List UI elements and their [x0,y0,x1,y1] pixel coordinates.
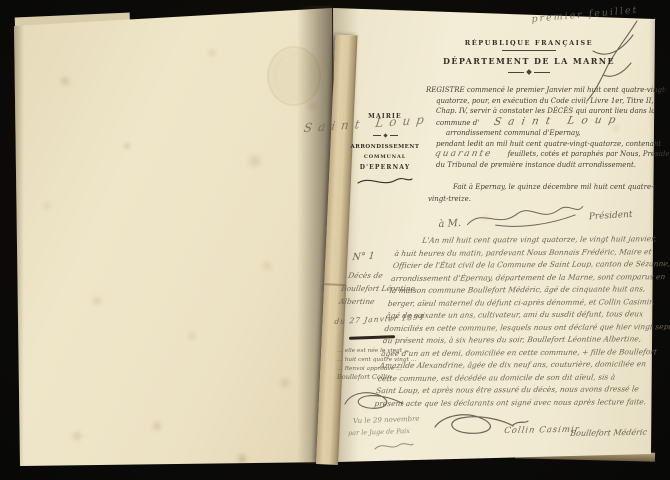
republic-title: RÉPUBLIQUE FRANÇAISE [388,39,670,47]
registre-line: REGISTRE commencé le premier Janvier mil… [426,85,670,96]
president-signature-suffix: Président [589,210,633,222]
act-line: présent acte que les déclarants ont sign… [374,396,642,410]
act-line: Amazilde Alexandrine, âgée de dix neuf a… [379,358,647,372]
registre-line: du Tribunal de première instance dudit a… [436,160,670,171]
fait-line: Fait à Epernay, le quinze décembre mil h… [453,183,653,191]
ornament-divider [388,70,670,74]
header-block: RÉPUBLIQUE FRANÇAISE DÉPARTEMENT DE LA M… [388,39,670,74]
act-line: du présent mois, à six heures du soir, B… [382,333,650,347]
signature-boullefort: Boullefort Médéric [570,428,648,438]
vu-juge-note2: par le Juge de Paix [348,427,410,437]
juge-pencil-signature [373,439,415,453]
registre-line-commune: commune d' Saint Loup [436,117,670,129]
mairie-arrondissement: ARRONDISSEMENT [345,144,425,150]
registre-feuillets-printed: feuillets, cotés et paraphés par Nous, P… [508,150,670,158]
fait-line: vingt-treize. [428,195,471,203]
act-number: N° 1 [352,250,375,263]
signature-collin: Collin Casimir [503,425,580,436]
register-scan: premier feuillet RÉPUBLIQUE FRANÇAISE DÉ… [0,0,670,480]
president-signature-prefix: à M. [438,218,461,230]
act-body: L'An mil huit cent quatre vingt quatorze… [374,233,663,410]
department-title: DÉPARTEMENT DE LA MARNE [388,56,670,66]
act-line: âgé de soixante un ans, cultivateur, ami… [385,308,653,322]
vu-juge-note: Vu le 29 novembre [353,415,420,425]
act-line: Saint Loup, et après nous être assuré du… [375,383,643,397]
header-rule [502,50,556,51]
act-line: L'An mil huit cent quatre vingt quatorze… [395,233,663,247]
mairie-epernay: D'EPERNAY [345,164,425,171]
right-page-content: premier feuillet RÉPUBLIQUE FRANÇAISE DÉ… [333,5,663,463]
registre-line-feuillets: quarante feuillets, cotés et paraphés pa… [436,149,670,160]
mairie-communal: COMMUNAL [345,154,425,160]
margin-deces-de: Décès de [347,271,383,280]
registre-line: arrondissement communal d'Epernay, [446,128,670,139]
act-line: la maison commune Boullefort Médéric, âg… [389,283,657,297]
foxing-spots [14,8,20,14]
president-signature-flourish [464,198,585,228]
left-page [14,8,336,468]
act-line: Officier de l'État civil de la Commune d… [392,258,660,272]
mairie-swash-flourish [356,175,414,187]
registre-commune-hand: Saint Loup [493,114,623,127]
mairie-ornament [345,134,425,137]
registre-commune-printed: commune d [436,119,477,127]
margin-name-line: Albertine [338,297,375,306]
registre-count-hand: quarante [434,149,494,160]
registre-paragraph: REGISTRE commencé le premier Janvier mil… [426,85,670,170]
registre-line: pendant ledit an mil huit cent quatre-vi… [436,139,670,150]
registre-line: quatorze, pour, en exécution du Code civ… [436,96,670,107]
